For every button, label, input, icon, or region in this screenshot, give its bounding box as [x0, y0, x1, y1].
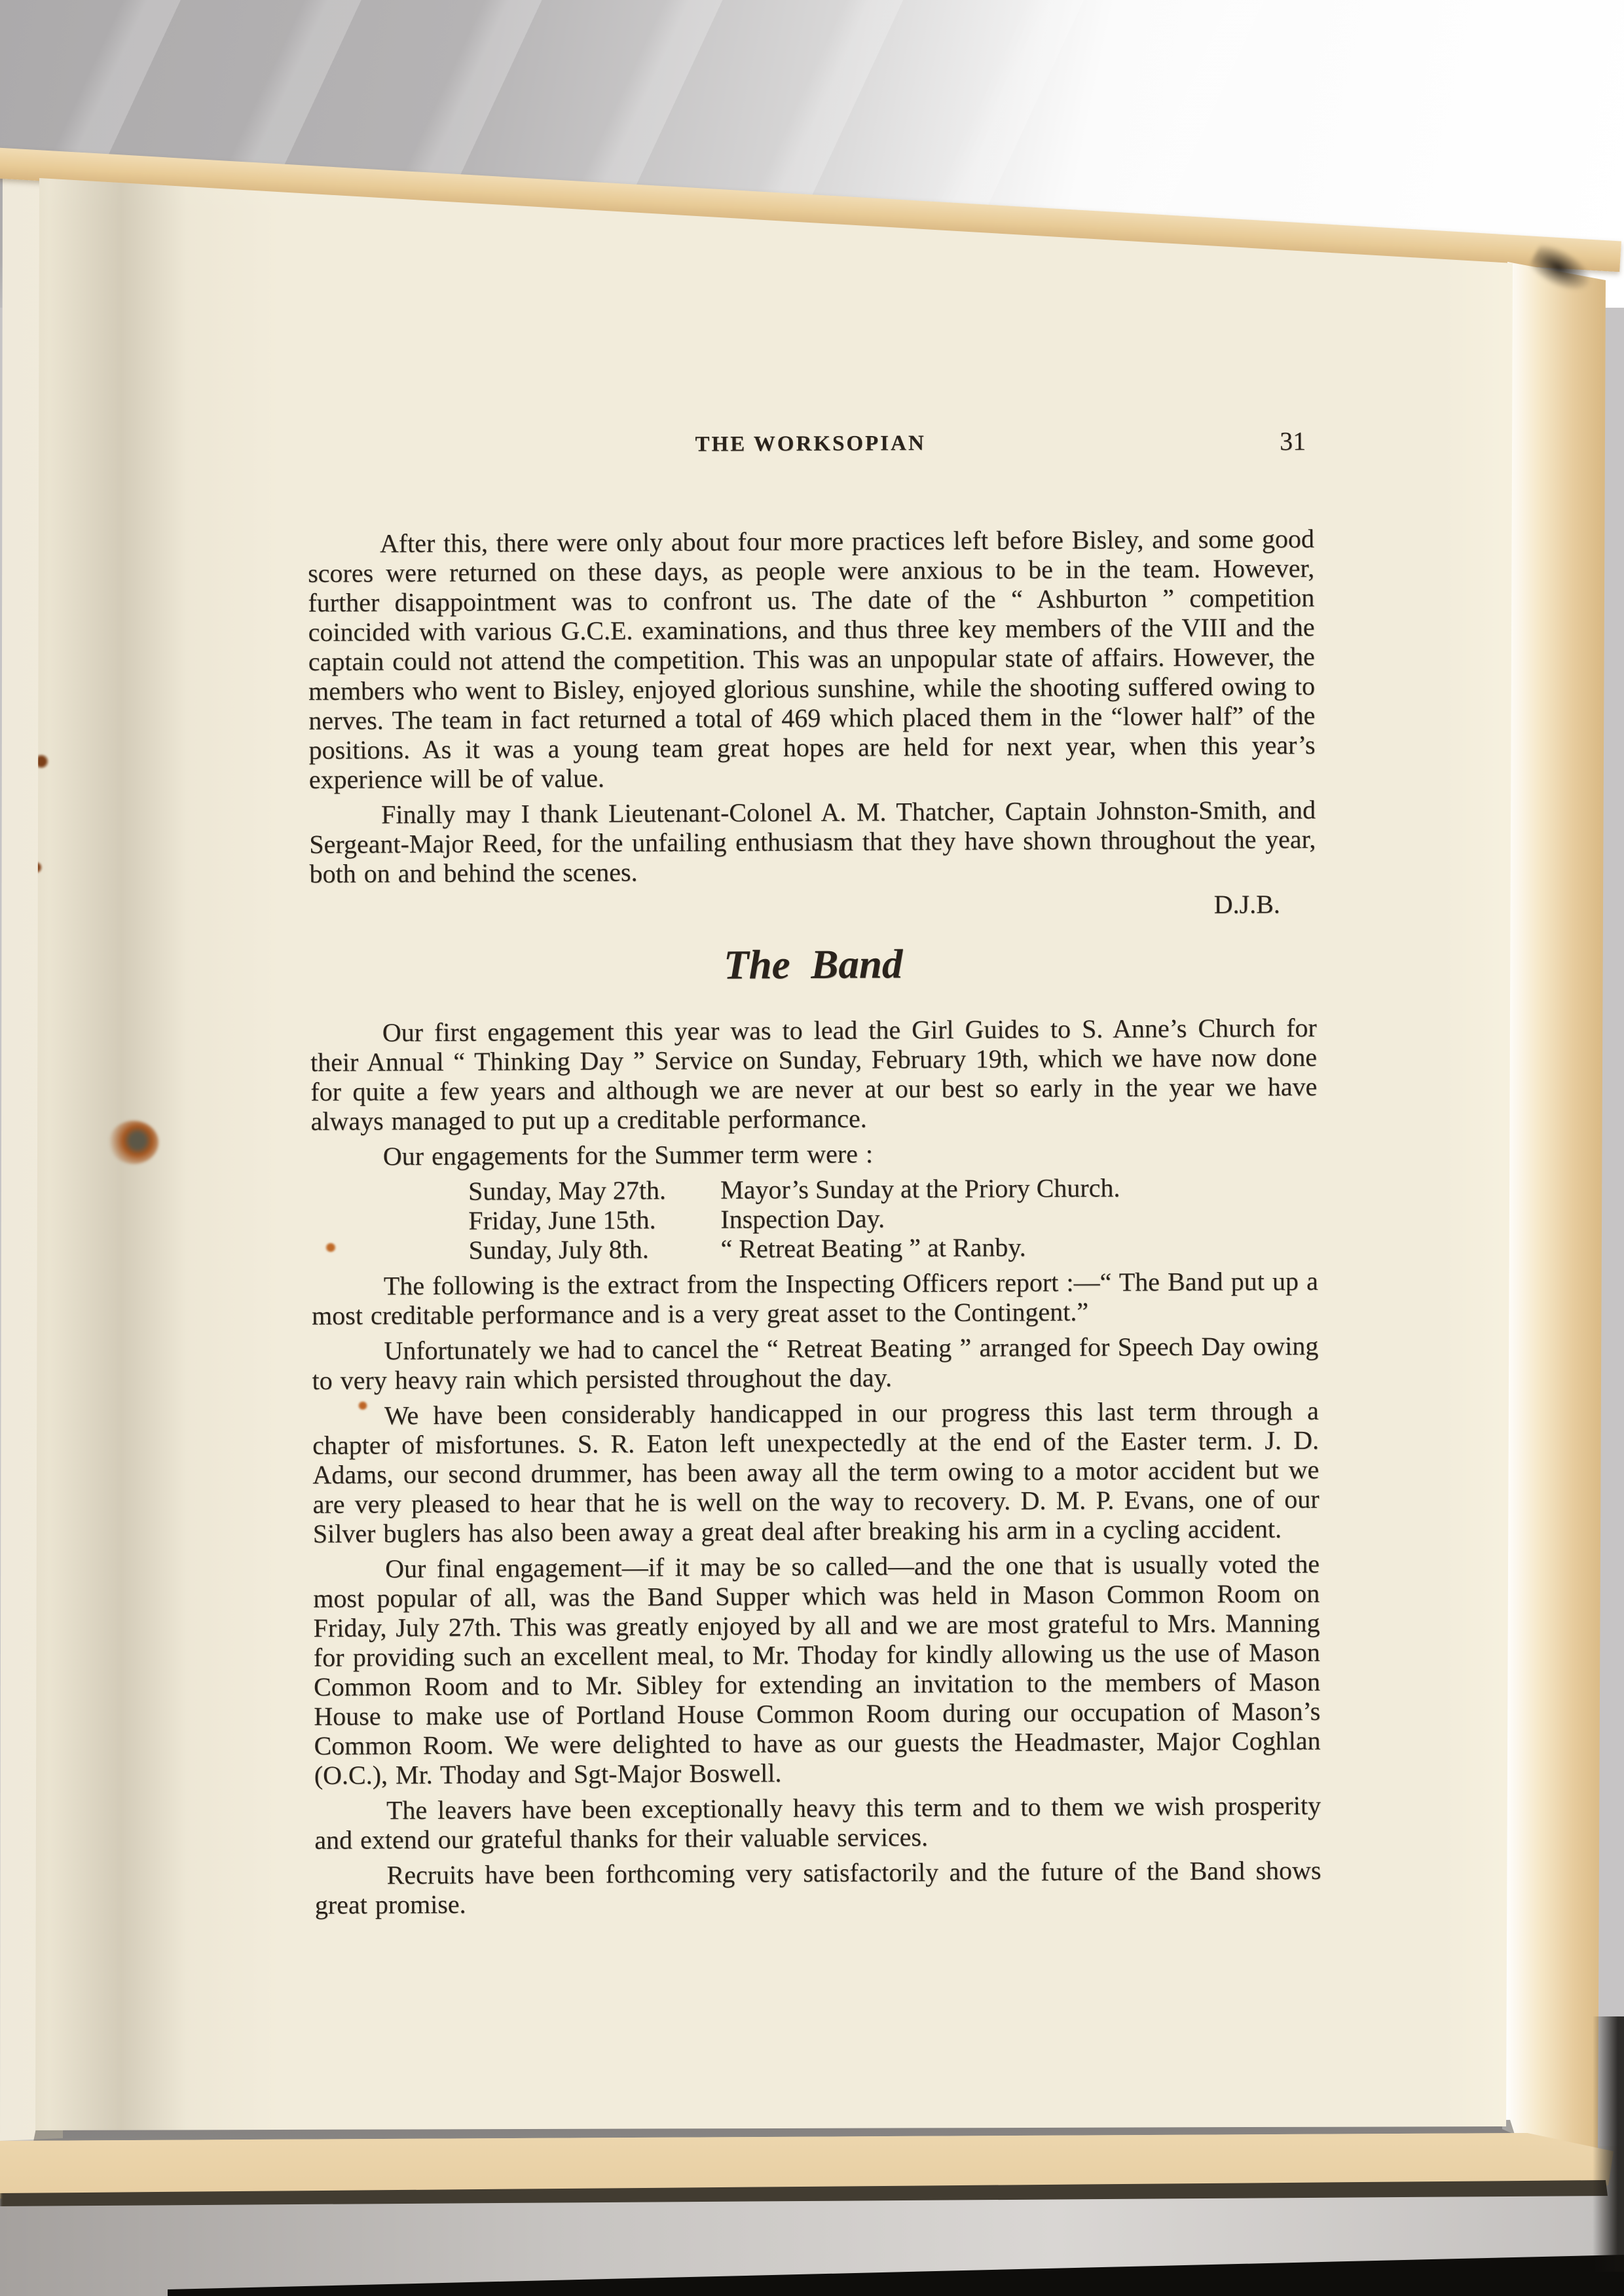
scan-right-dark-strip — [1593, 2016, 1624, 2272]
engagement-date: Sunday, July 8th. — [468, 1234, 714, 1265]
engagement-date: Friday, June 15th. — [468, 1205, 714, 1235]
paragraph: We have been considerably handicapped in… — [312, 1396, 1319, 1548]
paragraph: Our engagements for the Summer term were… — [311, 1137, 1318, 1171]
section-heading: The Band — [310, 938, 1316, 991]
page: THE WORKSOPIAN 31 After this, there were… — [0, 0, 1624, 2296]
scanned-book-page: THE WORKSOPIAN 31 After this, there were… — [0, 0, 1624, 2296]
paragraph: The following is the extract from the In… — [312, 1266, 1318, 1330]
engagement-event: “ Retreat Beating ” at Ranby. — [720, 1232, 1025, 1263]
engagement-event: Inspection Day. — [720, 1203, 885, 1233]
paragraph: Unfortunately we had to cancel the “ Ret… — [312, 1331, 1318, 1395]
engagement-list: Sunday, May 27th. Mayor’s Sunday at the … — [468, 1172, 1318, 1265]
paragraph: The leavers have been exceptionally heav… — [314, 1791, 1321, 1855]
paragraph: Our first engagement this year was to le… — [310, 1013, 1318, 1136]
page-header: THE WORKSOPIAN 31 — [307, 429, 1314, 465]
paragraph: Finally may I thank Lieutenant-Colonel A… — [309, 795, 1316, 888]
signature: D.J.B. — [310, 889, 1316, 924]
paragraph: After this, there were only about four m… — [308, 524, 1316, 794]
paragraph: Recruits have been forthcoming very sati… — [314, 1855, 1321, 1920]
page-content: THE WORKSOPIAN 31 After this, there were… — [307, 429, 1321, 1925]
engagement-row: Sunday, May 27th. Mayor’s Sunday at the … — [468, 1172, 1318, 1206]
engagement-row: Friday, June 15th. Inspection Day. — [468, 1201, 1318, 1235]
engagement-event: Mayor’s Sunday at the Priory Church. — [720, 1173, 1120, 1205]
running-title: THE WORKSOPIAN — [307, 429, 1314, 459]
engagement-date: Sunday, May 27th. — [468, 1175, 714, 1206]
foxing-spot — [109, 1121, 158, 1164]
page-number: 31 — [1280, 426, 1306, 456]
paragraph: Our final engagement—if it may be so cal… — [313, 1549, 1321, 1790]
engagement-row: Sunday, July 8th. “ Retreat Beating ” at… — [468, 1231, 1318, 1265]
